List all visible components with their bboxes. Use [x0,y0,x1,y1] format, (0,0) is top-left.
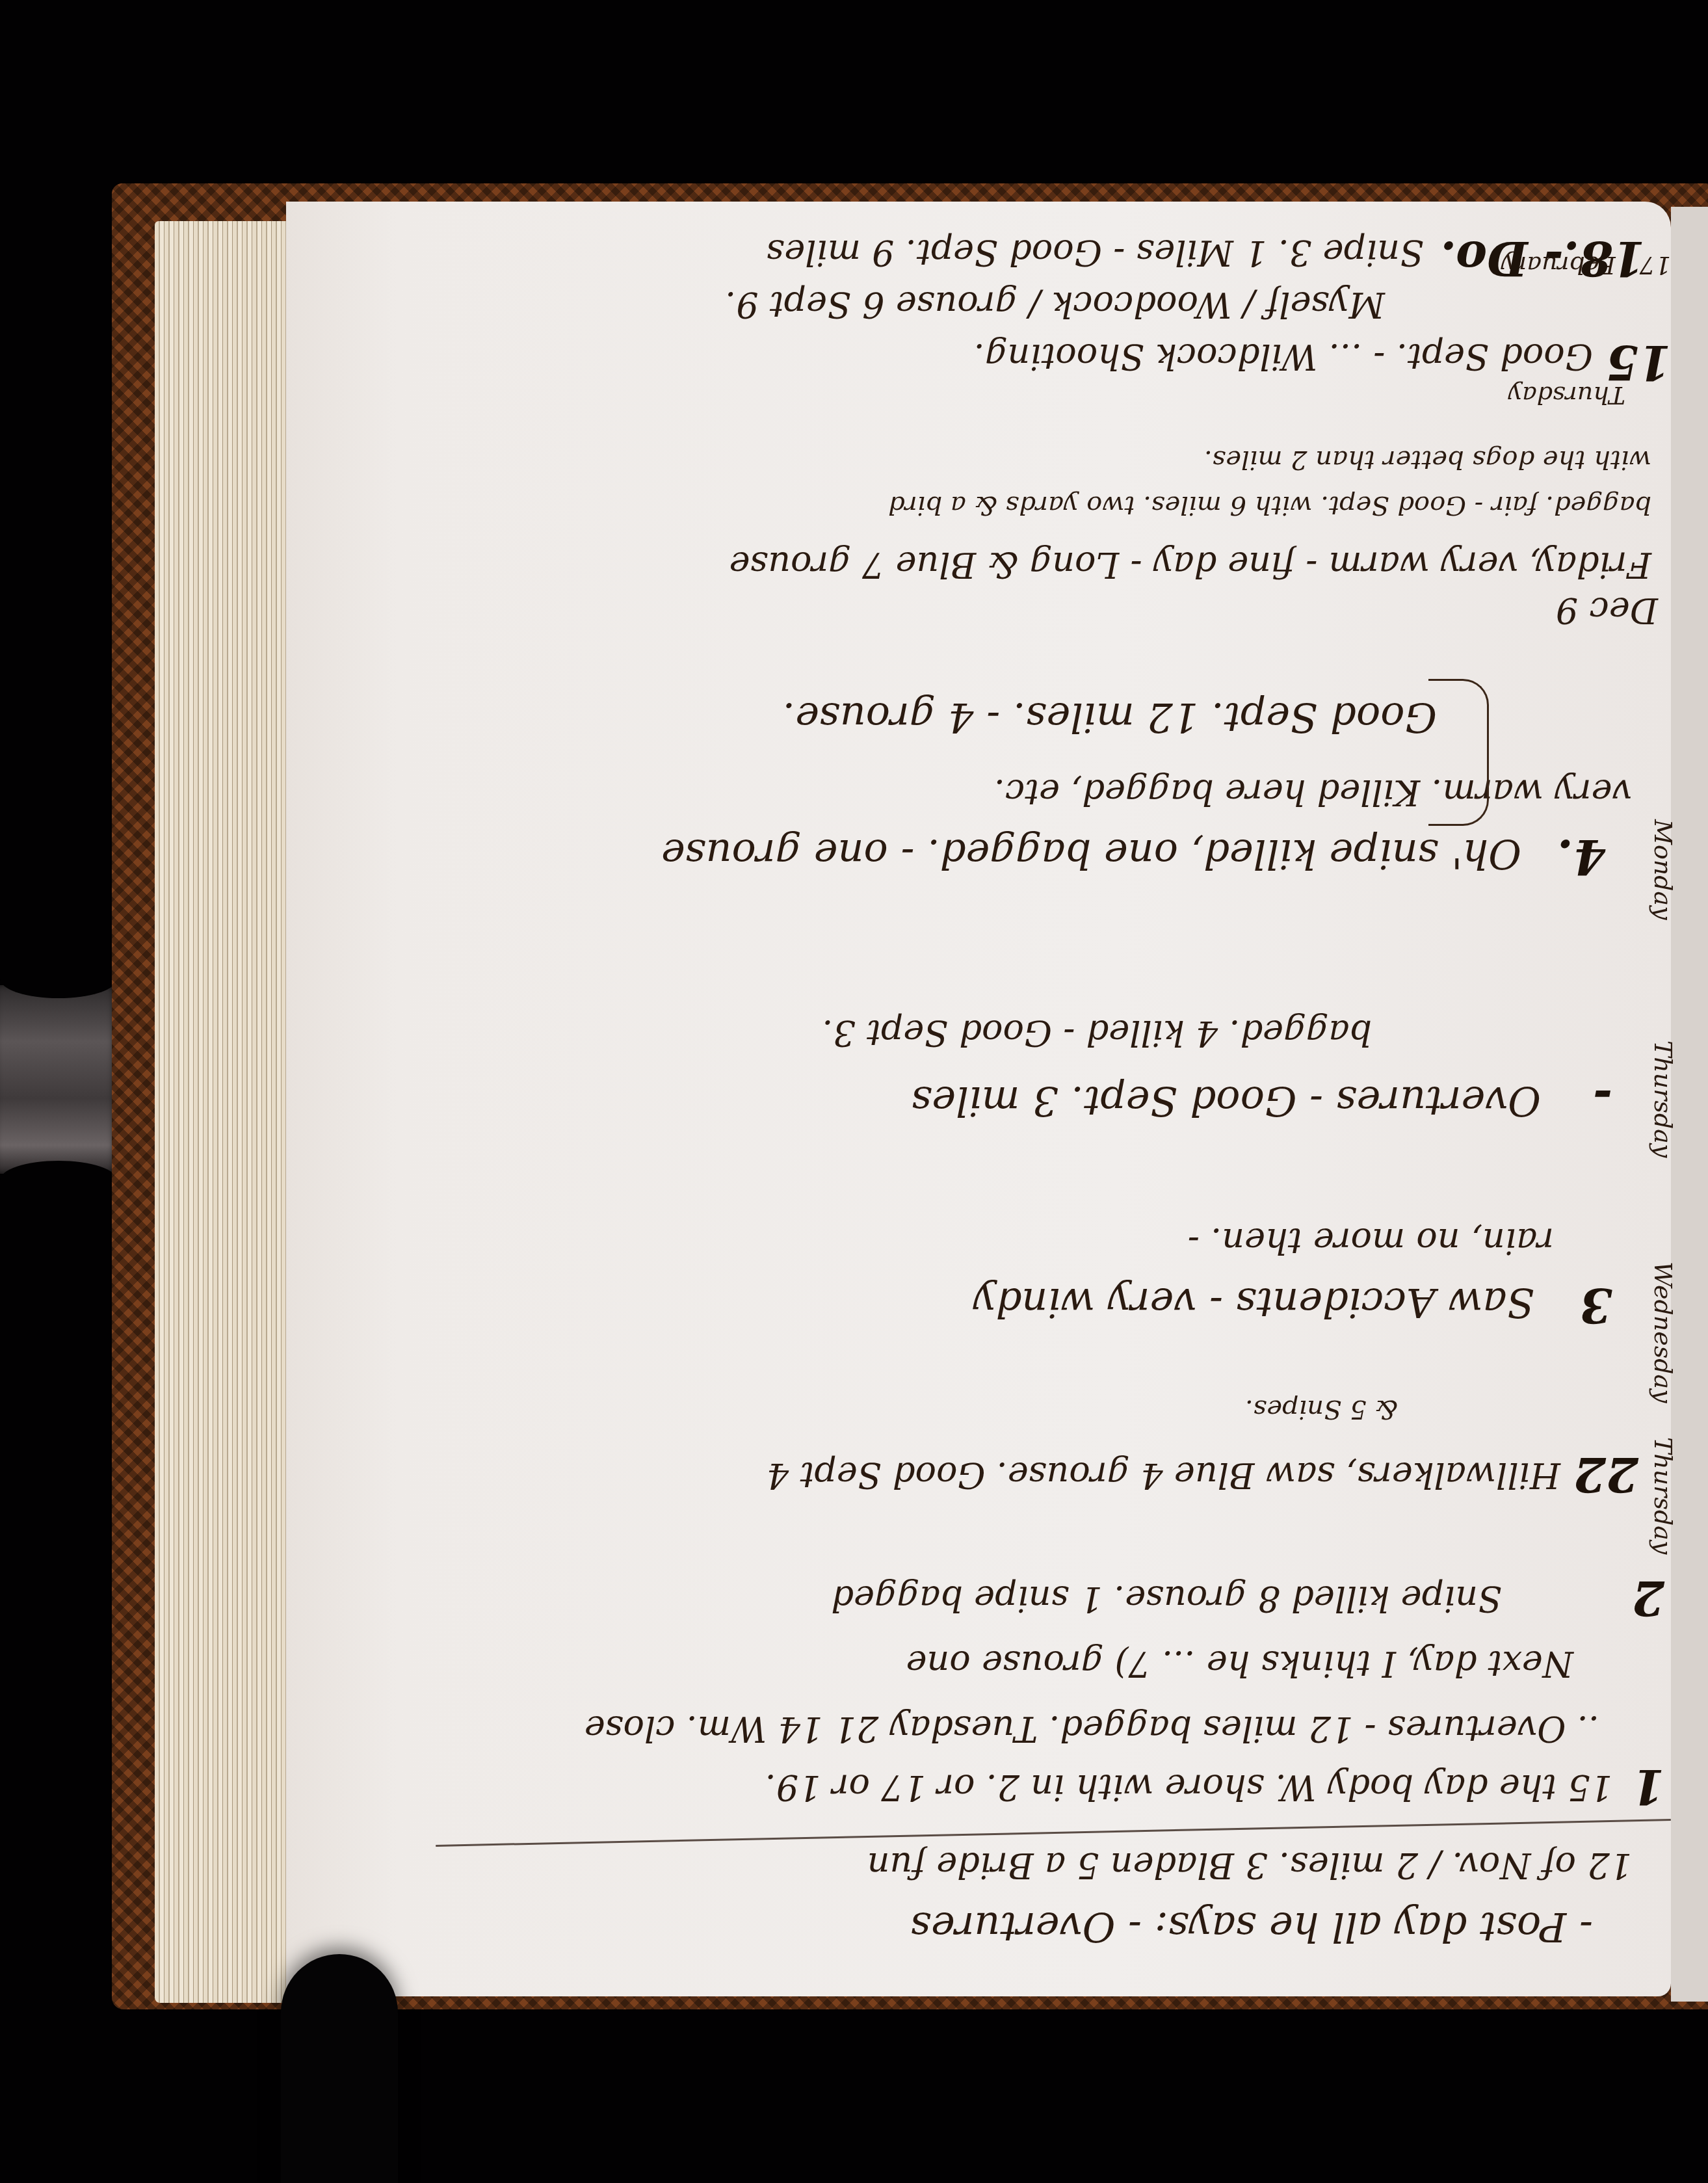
entry-line: Hillwalkers, saw Blue 4 grouse. Good Sep… [767,1455,1560,1496]
entry-line: Friday, very warm - fine day - Long & Bl… [729,544,1651,585]
entry-line: Snipe killed 8 grouse. 1 snipe bagged [831,1578,1502,1619]
entry-line: bagged. 4 killed - Good Sept 3. [822,1012,1372,1053]
entry-line: & 5 Snipes. [1245,1394,1398,1424]
margin-note: Monday [1649,819,1677,920]
entry-number: 3 [1580,1278,1612,1333]
entry-line: Next day, I thinks he ... 7) grouse one [906,1643,1573,1684]
entry-line: rain, no more then. - [1188,1221,1554,1262]
entry-line: 15 the day body W. shore with in 2. or 1… [765,1767,1612,1808]
divider-rule [436,1819,1671,1847]
margin-note: Thursday [1649,1040,1677,1158]
entry-number: 22 [1573,1447,1638,1502]
entry-number: 2 [1632,1570,1664,1626]
entry-line: Oh' snipe killed, one bagged. - one grou… [661,830,1521,878]
manuscript-text-area: - Post day all he says: - Overtures 12 o… [286,202,1671,1996]
entry-line: Myself / Woodcock / grouse 6 Sept 9. [725,284,1385,325]
page-block-edges [155,221,291,2003]
header-line-2: 12 of Nov. / 2 miles. 3 Bladen 5 a Bride… [867,1845,1632,1886]
thumb [281,1954,398,2183]
entry-line: Good Sept. - ... Wildcock Shooting. [974,336,1593,377]
entry-line: Good Sept. 12 miles. - 4 grouse. [783,694,1437,741]
margin-date: Dec 9 [1556,590,1658,631]
entry-line: Snipe 3. 1 Miles - Good Sept. 9 miles [767,232,1424,273]
entry-line: bagged. fair - Good Sept. with 6 miles. … [888,490,1651,520]
metal-clasp [0,985,117,1174]
margin-note: Thursday [1649,1437,1677,1554]
entry-number: 1 [1632,1759,1664,1814]
entry-number: 18.- Do. [1441,231,1645,286]
entry-line: Saw Accidents - very windy [973,1279,1534,1327]
entry-line: .. Overtures - 12 miles bagged. Tuesday … [585,1708,1599,1749]
entry-number: 15 [1606,335,1671,390]
header-line-1: - Post day all he says: - Overtures [910,1903,1593,1951]
margin-note: Wednesday [1649,1262,1677,1403]
entry-line: very warm. Killed here bagged, etc. [994,772,1632,813]
entry-line: with the dogs better than 2 miles. [1204,445,1651,475]
entry-number: - [1593,1070,1612,1125]
entry-line: Overtures - Good Sept. 3 miles [912,1078,1541,1125]
entry-number: 4. [1557,829,1606,884]
bracket-mark [1428,679,1489,826]
